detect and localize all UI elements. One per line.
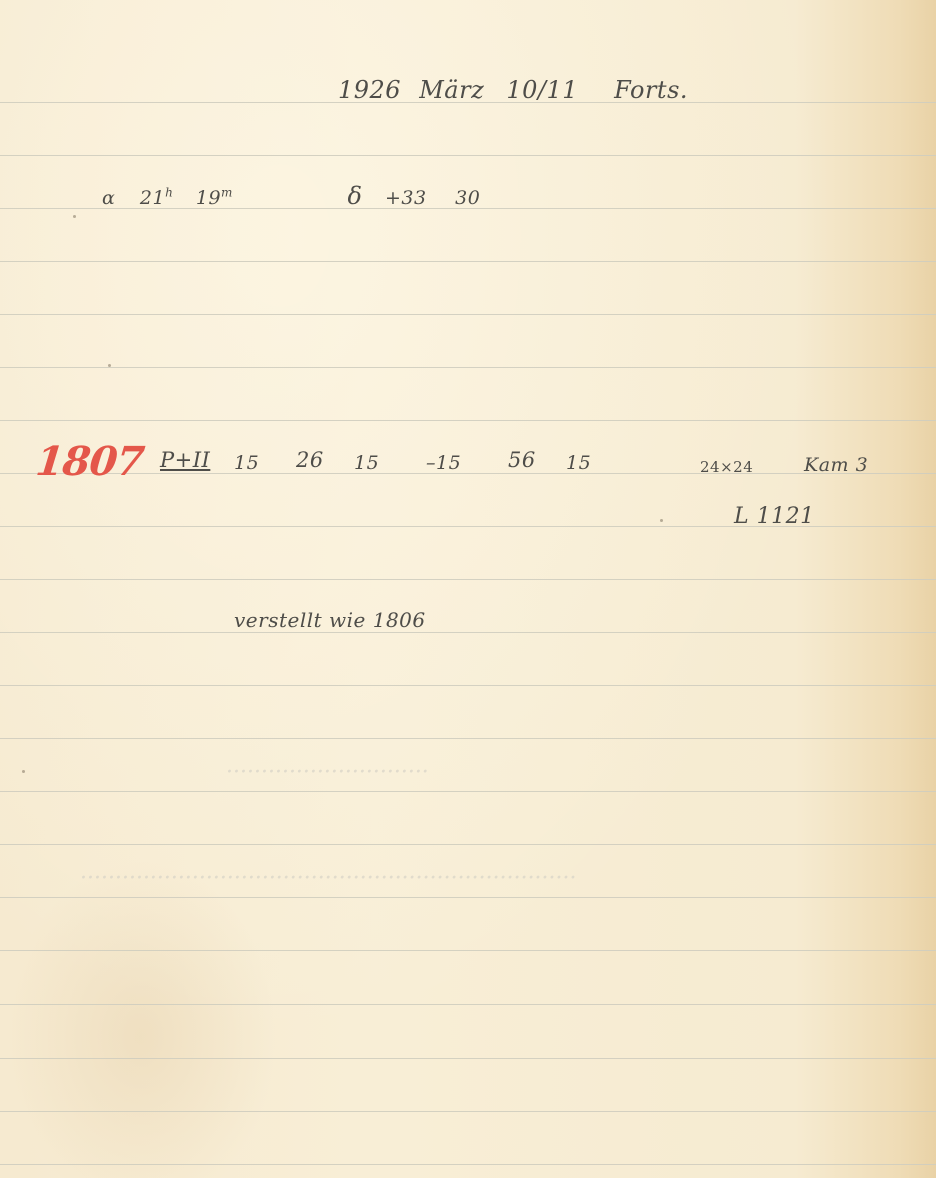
ink-dot — [73, 215, 76, 218]
header-month: März — [419, 76, 484, 104]
ruled-line — [0, 1004, 936, 1005]
coordinates-line: α 21h 19m δ +33 30 — [102, 182, 480, 210]
ra-hours: 21 — [140, 187, 165, 209]
ruled-line — [0, 1058, 936, 1059]
dec-minutes: 30 — [455, 187, 480, 209]
ruled-line — [0, 367, 936, 368]
alpha-symbol: α — [102, 187, 115, 209]
ink-dot — [660, 519, 663, 522]
exposure-4: –15 — [426, 452, 461, 474]
exposure-1: 15 — [234, 452, 259, 474]
exposure-5: 56 — [508, 448, 536, 472]
plate-number: 1807 — [34, 438, 146, 485]
delta-symbol: δ — [347, 182, 362, 210]
ra-minutes-unit: m — [221, 186, 233, 200]
ruled-line — [0, 791, 936, 792]
ruled-line — [0, 420, 936, 421]
header-date: 1926 März 10/11 Forts. — [338, 76, 688, 104]
ruled-line — [0, 155, 936, 156]
header-year: 1926 — [338, 76, 401, 104]
ruled-line — [0, 897, 936, 898]
ruled-line — [0, 738, 936, 739]
reference-number: L 1121 — [734, 504, 815, 529]
ruled-line — [0, 632, 936, 633]
ink-dot — [22, 770, 25, 773]
ruled-line — [0, 844, 936, 845]
notebook-page: 1926 März 10/11 Forts. α 21h 19m δ +33 3… — [0, 0, 936, 1178]
ink-dot — [108, 364, 111, 367]
bleed-through-text: ····························· — [226, 760, 429, 785]
header-day: 10/11 — [506, 76, 578, 104]
ruled-line — [0, 950, 936, 951]
plate-size: 24×24 — [700, 458, 753, 476]
header-note: Forts. — [614, 76, 688, 104]
bleed-through-text: ········································… — [80, 866, 577, 891]
ruled-line — [0, 685, 936, 686]
ruled-line — [0, 1111, 936, 1112]
ra-hours-unit: h — [165, 186, 173, 200]
exposure-3: 15 — [354, 452, 379, 474]
exposure-2: 26 — [296, 448, 324, 472]
camera: Kam 3 — [804, 454, 868, 476]
dec-degrees: +33 — [385, 187, 427, 209]
exposure-6: 15 — [566, 452, 591, 474]
ruled-line — [0, 1164, 936, 1165]
ruled-line — [0, 579, 936, 580]
remark: verstellt wie 1806 — [234, 608, 426, 632]
plate-type: P+II — [160, 448, 210, 472]
ra-minutes: 19 — [196, 187, 221, 209]
